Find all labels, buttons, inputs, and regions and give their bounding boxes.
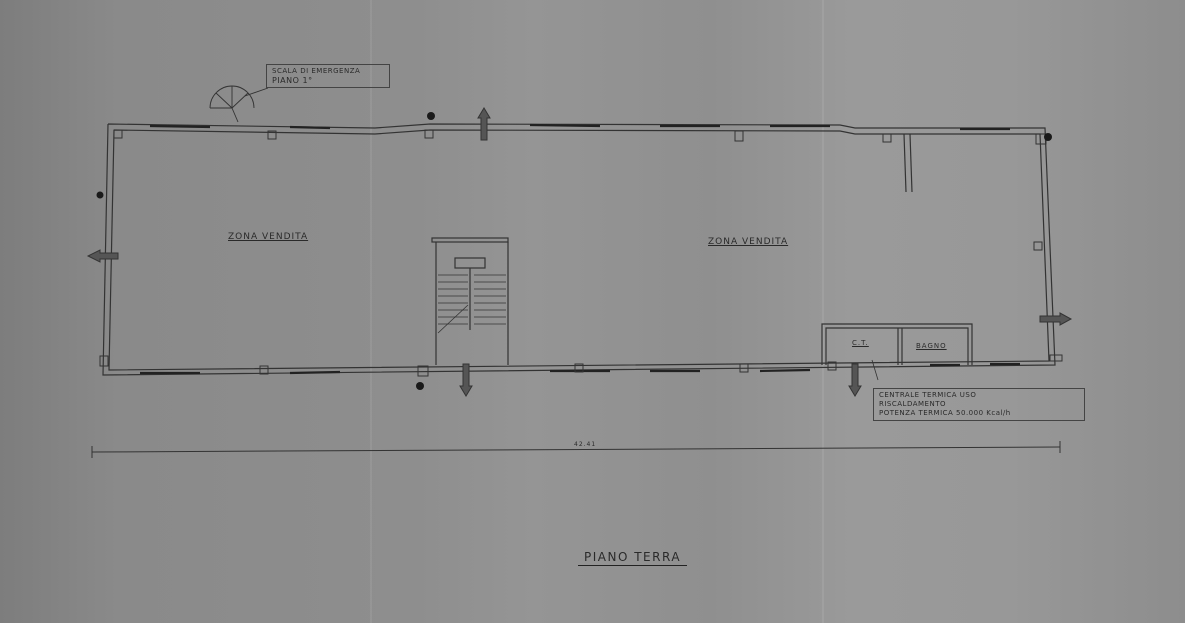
note-line: POTENZA TERMICA 50.000 Kcal/h	[879, 409, 1079, 418]
heating-plant-note: CENTRALE TERMICA USO RISCALDAMENTO POTEN…	[873, 388, 1085, 421]
note-line: PIANO 1°	[272, 76, 384, 85]
zone-label-right: ZONA VENDITA	[708, 237, 788, 247]
fire-extinguisher-icon	[97, 112, 1053, 390]
note-line: CENTRALE TERMICA USO	[879, 391, 1079, 400]
note-line: RISCALDAMENTO	[879, 400, 1079, 409]
drawing-title: PIANO TERRA	[578, 550, 687, 566]
room-label-ct: C.T.	[852, 339, 869, 347]
zone-label-left: ZONA VENDITA	[228, 232, 308, 242]
overall-dimension: 42.41	[574, 441, 596, 448]
spiral-stair-icon	[210, 86, 268, 122]
note-line: SCALA DI EMERGENZA	[272, 67, 384, 76]
room-label-bagno: BAGNO	[916, 342, 947, 350]
emergency-stair-note: SCALA DI EMERGENZA PIANO 1°	[266, 64, 390, 88]
floor-plan	[0, 0, 1185, 623]
outer-walls	[103, 124, 1055, 375]
exit-arrow-icon	[88, 108, 1071, 396]
service-rooms	[822, 324, 972, 365]
stairwell-icon	[432, 238, 508, 365]
